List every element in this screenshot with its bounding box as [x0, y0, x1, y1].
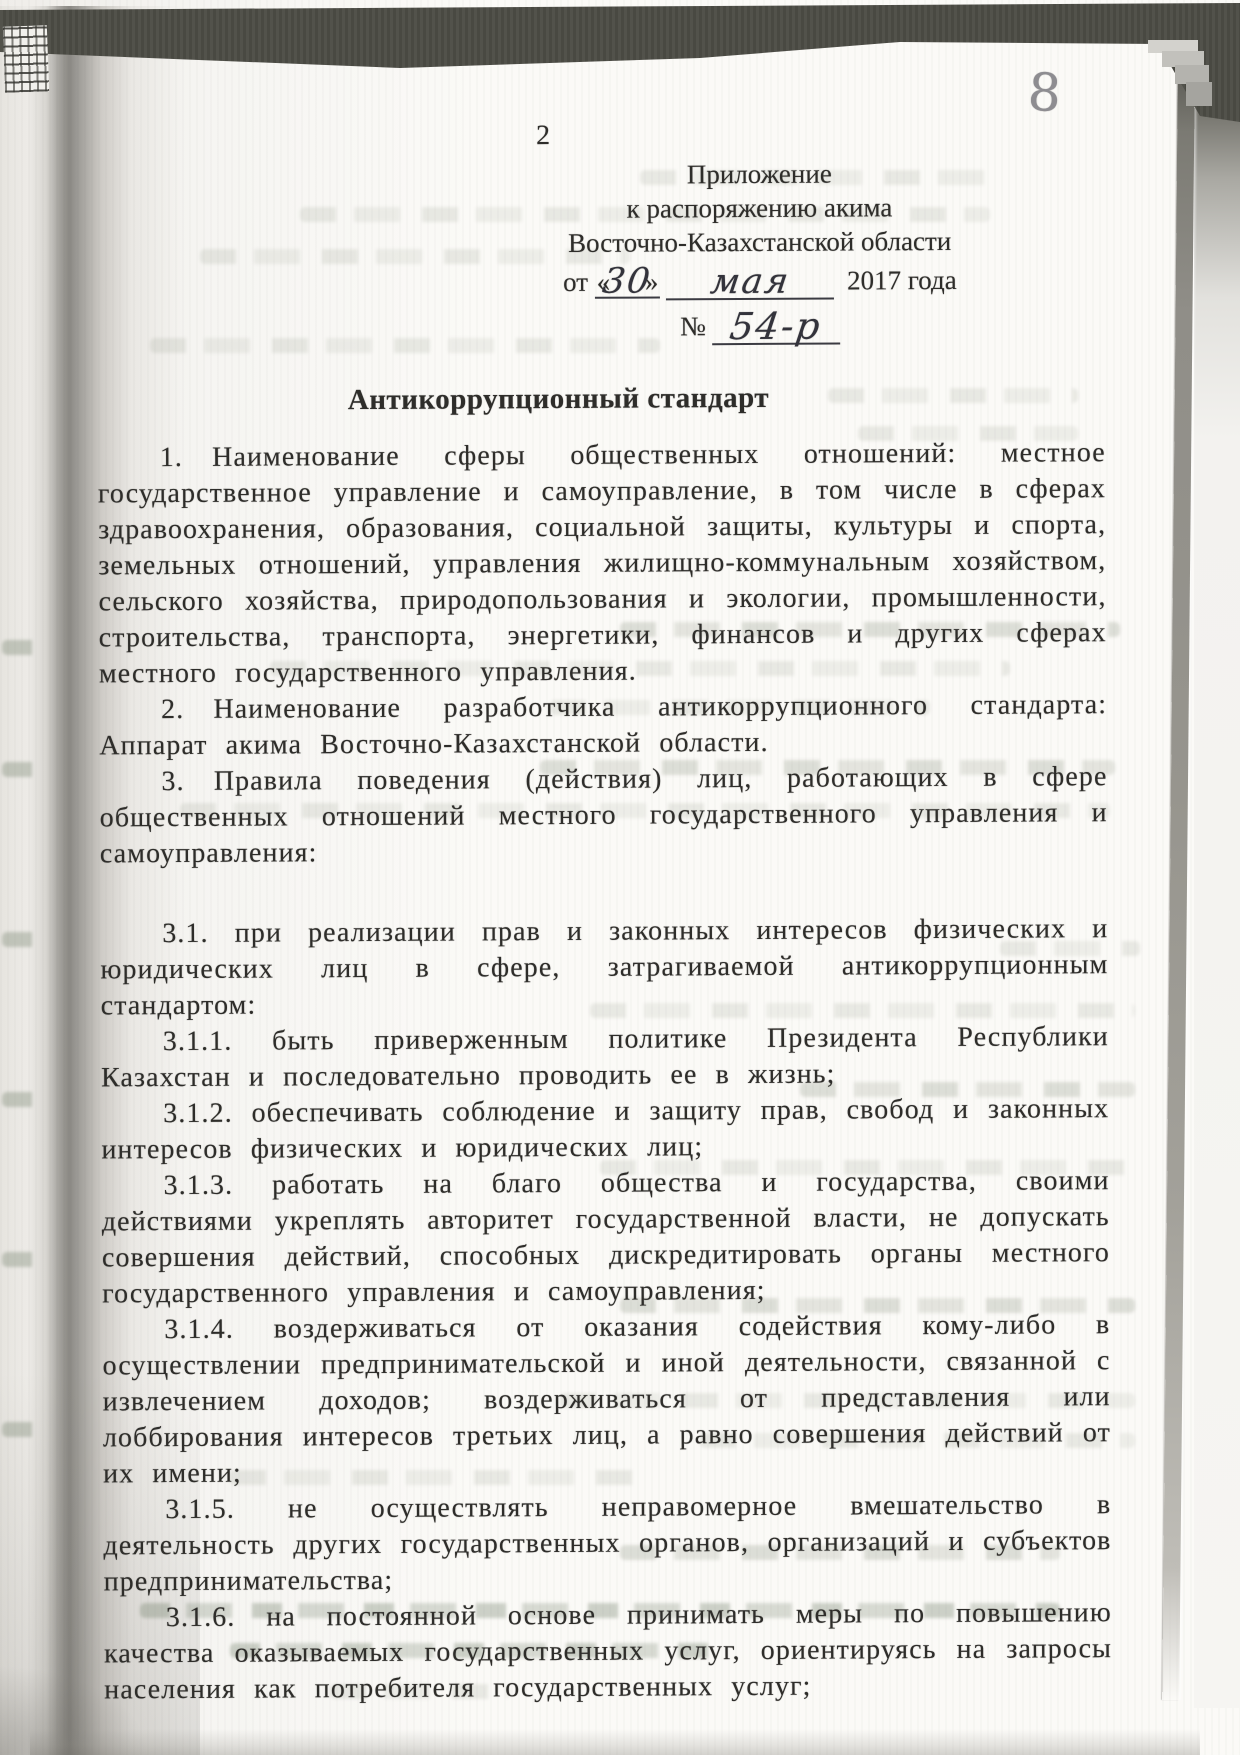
header-date-line: от «30»мая 2017 года — [550, 261, 970, 301]
body-paragraph: 3.1. при реализации прав и законных инте… — [100, 911, 1109, 1024]
header-number-line: №54-р — [550, 305, 970, 346]
scanned-document-page: 2 8 Приложение к распоряжению акима Вост… — [0, 0, 1240, 1755]
handwritten-number: 54-р — [728, 310, 824, 345]
body-paragraph: 3.1.3. работать на благо общества и госу… — [102, 1163, 1111, 1312]
header-line: Восточно-Казахстанской области — [550, 224, 970, 260]
header-line: к распоряжению акима — [549, 190, 969, 226]
date-day-blank: «30» — [595, 266, 661, 298]
header-line: Приложение — [549, 156, 969, 192]
handwritten-day: 30 — [601, 264, 654, 298]
handwritten-month: мая — [708, 265, 792, 299]
body-paragraph: 3.1.4. воздерживаться от оказания содейс… — [102, 1307, 1111, 1492]
number-sign: № — [680, 311, 706, 341]
approval-header: Приложение к распоряжению акима Восточно… — [549, 156, 970, 346]
page-number: 2 — [536, 120, 550, 152]
date-month-blank: мая — [666, 262, 834, 301]
handwritten-page-index: 8 — [1026, 62, 1063, 124]
body-paragraph: 3.1.6. на постоянной основе принимать ме… — [104, 1595, 1113, 1708]
body-paragraph: 3.1.1. быть приверженным политике Презид… — [101, 1019, 1109, 1096]
body-paragraph: 1. Наименование сферы общественных отнош… — [98, 435, 1107, 692]
body-paragraph: 2. Наименование разработчика антикоррупц… — [99, 687, 1107, 764]
date-prefix: от — [563, 267, 595, 297]
body-paragraph: 3.1.2. обеспечивать соблюдение и защиту … — [101, 1091, 1109, 1168]
body-paragraph: 3.1.5. не осуществлять неправомерное вме… — [103, 1487, 1112, 1600]
document-content: 2 8 Приложение к распоряжению акима Вост… — [0, 0, 1240, 1755]
document-body: 1. Наименование сферы общественных отнош… — [98, 435, 1113, 1708]
date-year: 2017 года — [840, 265, 957, 296]
body-paragraph: 3. Правила поведения (действия) лиц, раб… — [99, 759, 1108, 872]
number-blank: 54-р — [712, 306, 840, 346]
document-title: Антикоррупционный стандарт — [93, 381, 1023, 419]
